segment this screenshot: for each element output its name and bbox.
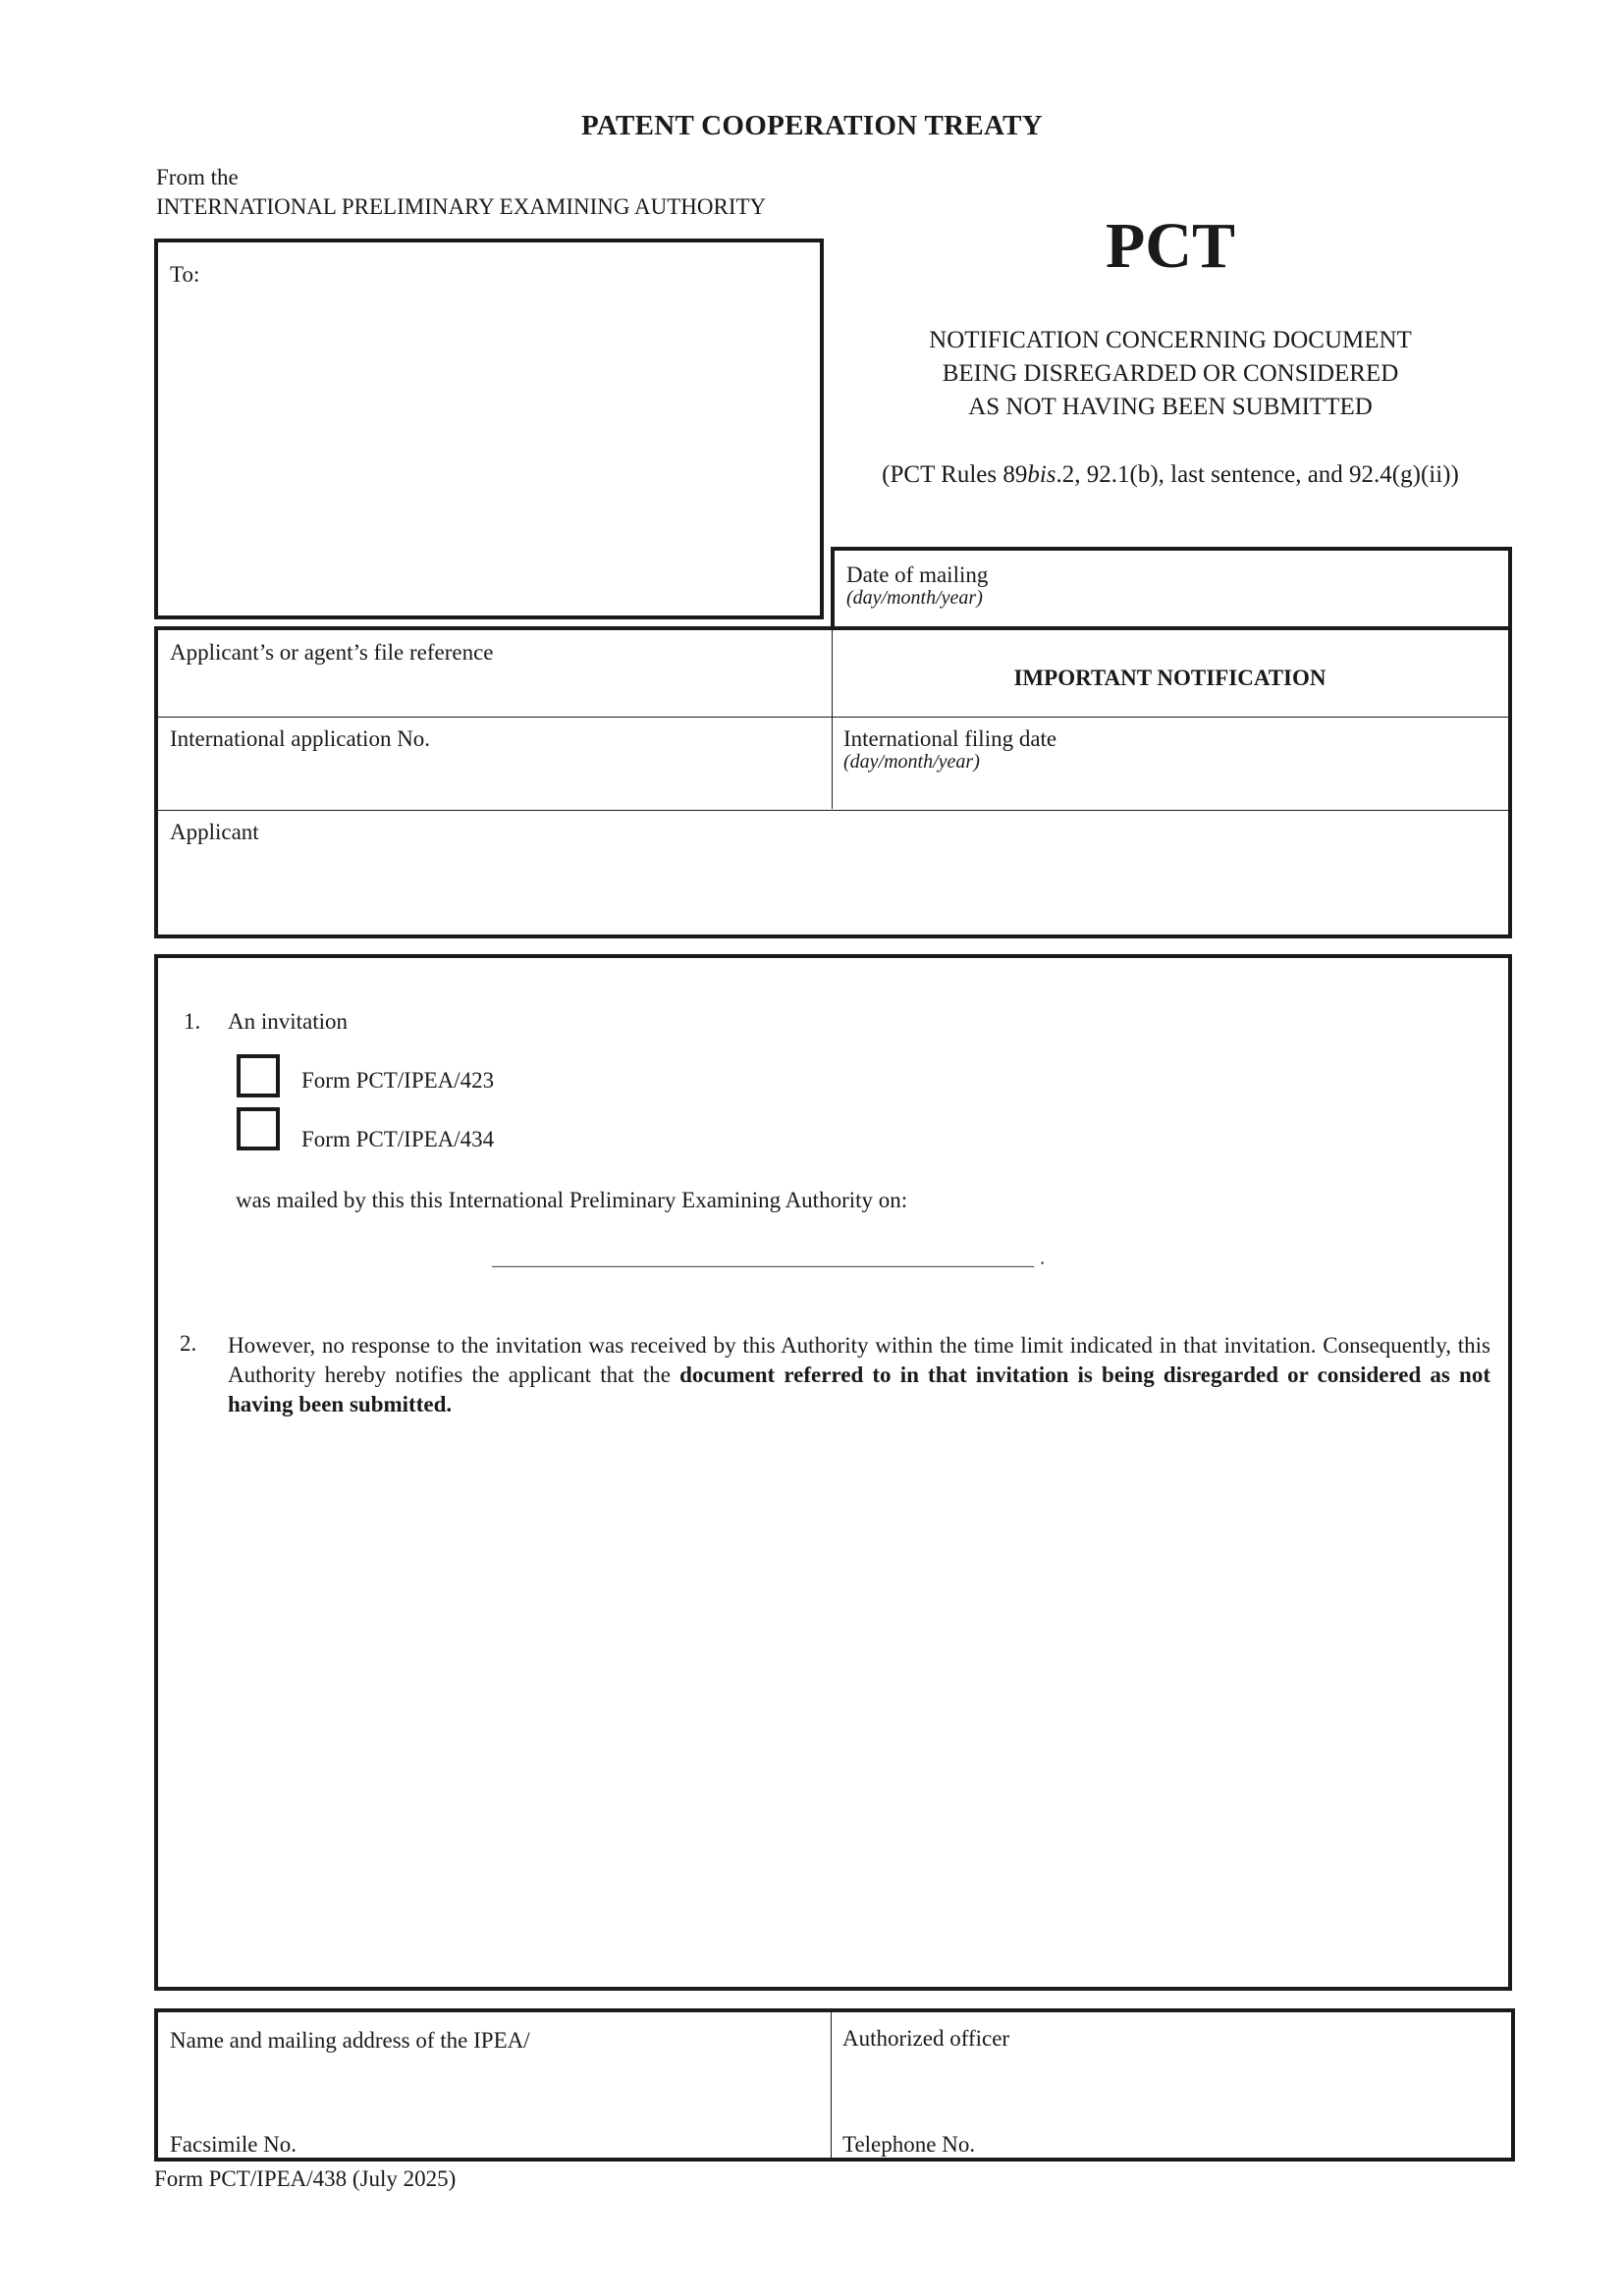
mailed-statement: was mailed by this this International Pr… [236,1188,907,1212]
invitation-date-blank[interactable]: ________________________________________… [492,1245,1046,1269]
application-number-label: International application No. [170,726,430,751]
rules-reference: (PCT Rules 89bis.2, 92.1(b), last senten… [831,461,1510,489]
telephone-label: Telephone No. [842,2132,975,2157]
authorized-officer-field[interactable]: Authorized officer Telephone No. [831,2012,1511,2158]
option-form-423-label: Form PCT/IPEA/423 [301,1068,494,1093]
file-reference-label: Applicant’s or agent’s file reference [170,640,494,665]
pct-logo: PCT [831,214,1510,279]
section1-heading: An invitation [228,1009,348,1034]
applicant-label: Applicant [170,820,259,844]
facsimile-label: Facsimile No. [170,2132,297,2157]
application-number-field[interactable]: International application No. [158,717,832,810]
filing-date-label: International filing date [843,726,1056,751]
from-authority: INTERNATIONAL PRELIMINARY EXAMINING AUTH… [156,194,766,219]
filing-date-field[interactable]: International filing date (day/month/yea… [832,717,1508,810]
date-of-mailing-field[interactable]: Date of mailing (day/month/year) [831,547,1512,629]
addressee-box[interactable]: To: [154,239,824,619]
notification-body: 1. An invitation Form PCT/IPEA/423 Form … [154,954,1512,1991]
ipea-address-label: Name and mailing address of the IPEA/ [170,2028,530,2053]
section2-text: However, no response to the invitation w… [228,1331,1490,1419]
authority-footer-table: Name and mailing address of the IPEA/ Fa… [154,2008,1515,2162]
section1-number: 1. [184,1009,200,1034]
important-notification: IMPORTANT NOTIFICATION [832,666,1508,690]
checkbox-form-434[interactable] [237,1107,280,1150]
checkbox-form-423[interactable] [237,1054,280,1097]
from-label: From the [156,165,239,189]
date-of-mailing-label: Date of mailing [846,562,988,587]
treaty-title: PATENT COOPERATION TREATY [0,110,1624,142]
date-format-hint: (day/month/year) [846,587,983,610]
file-reference-field[interactable]: Applicant’s or agent’s file reference [158,630,832,717]
authorized-officer-label: Authorized officer [842,2026,1009,2051]
applicant-field[interactable]: Applicant [158,810,1508,934]
date-format-hint: (day/month/year) [843,751,980,774]
form-identifier: Form PCT/IPEA/438 (July 2025) [154,2166,456,2191]
notification-title: NOTIFICATION CONCERNING DOCUMENT BEING D… [831,324,1510,424]
to-label: To: [170,262,199,287]
option-form-434-label: Form PCT/IPEA/434 [301,1127,494,1151]
ipea-address-field[interactable]: Name and mailing address of the IPEA/ Fa… [158,2012,831,2158]
section2-number: 2. [180,1331,196,1356]
application-details-table: Applicant’s or agent’s file reference IM… [154,626,1512,938]
